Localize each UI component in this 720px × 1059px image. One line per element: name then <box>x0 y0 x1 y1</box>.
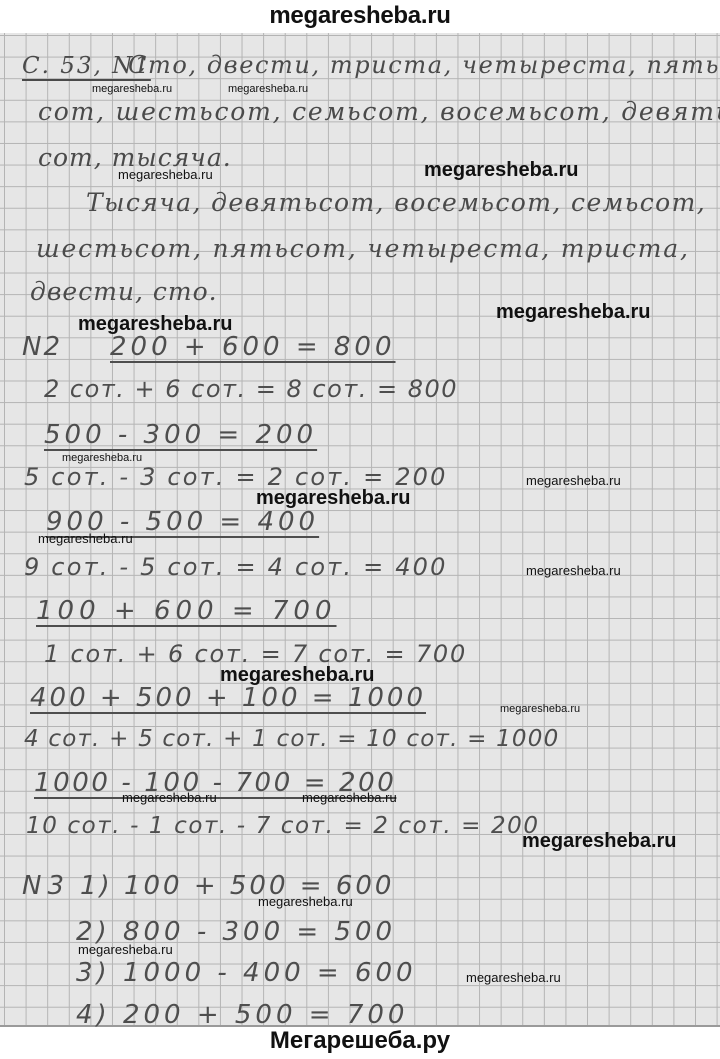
task2-line: 400 + 500 + 100 = 1000 <box>30 683 426 713</box>
task3-label: N3 <box>22 871 70 901</box>
watermark: megaresheba.ru <box>118 167 213 182</box>
watermark: megaresheba.ru <box>424 159 579 182</box>
watermark: megaresheba.ru <box>38 531 133 546</box>
watermark: megaresheba.ru <box>526 473 621 488</box>
task2-line: 100 + 600 = 700 <box>36 596 337 626</box>
watermark: megaresheba.ru <box>522 830 677 853</box>
task1-line: двести, сто. <box>30 277 218 306</box>
watermark: megaresheba.ru <box>62 452 142 464</box>
watermark: megaresheba.ru <box>92 83 172 95</box>
task2-line: 10 сот. - 1 сот. - 7 сот. = 2 сот. = 200 <box>26 813 540 839</box>
watermark: megaresheba.ru <box>258 894 353 909</box>
site-header-title: megaresheba.ru <box>0 0 720 32</box>
task2-line: 2 сот. + 6 сот. = 8 сот. = 800 <box>44 375 458 403</box>
watermark: megaresheba.ru <box>228 83 308 95</box>
task3-line: 3) 1000 - 400 = 600 <box>76 958 417 988</box>
task2-line: 500 - 300 = 200 <box>44 420 317 450</box>
watermark: megaresheba.ru <box>496 301 651 324</box>
notebook-page: С. 53, N1 Сто, двести, триста, четыреста… <box>0 33 720 1027</box>
task2-line: 4 сот. + 5 сот. + 1 сот. = 10 сот. = 100… <box>24 726 559 752</box>
watermark: megaresheba.ru <box>78 313 233 336</box>
watermark: megaresheba.ru <box>526 563 621 578</box>
task1-line: шестьсот, пятьсот, четыреста, триста, <box>36 234 690 263</box>
watermark: megaresheba.ru <box>302 790 397 805</box>
task1-line: Сто, двести, триста, четыреста, пять- <box>128 51 720 79</box>
watermark: megaresheba.ru <box>122 790 217 805</box>
watermark: megaresheba.ru <box>220 664 375 687</box>
task2-line: 9 сот. - 5 сот. = 4 сот. = 400 <box>24 553 448 581</box>
task2-line: 200 + 600 = 800 <box>110 332 396 362</box>
watermark: megaresheba.ru <box>78 942 173 957</box>
site-footer-title: Мегарешеба.ру <box>0 1026 720 1059</box>
watermark: megaresheba.ru <box>466 970 561 985</box>
task1-line: сот, шестьсот, семьсот, восемьсот, девят… <box>38 97 720 126</box>
task2-label: N2 <box>22 332 62 362</box>
watermark: megaresheba.ru <box>500 703 580 715</box>
task1-line: Тысяча, девятьсот, восемьсот, семьсот, <box>86 188 706 217</box>
watermark: megaresheba.ru <box>256 487 411 510</box>
